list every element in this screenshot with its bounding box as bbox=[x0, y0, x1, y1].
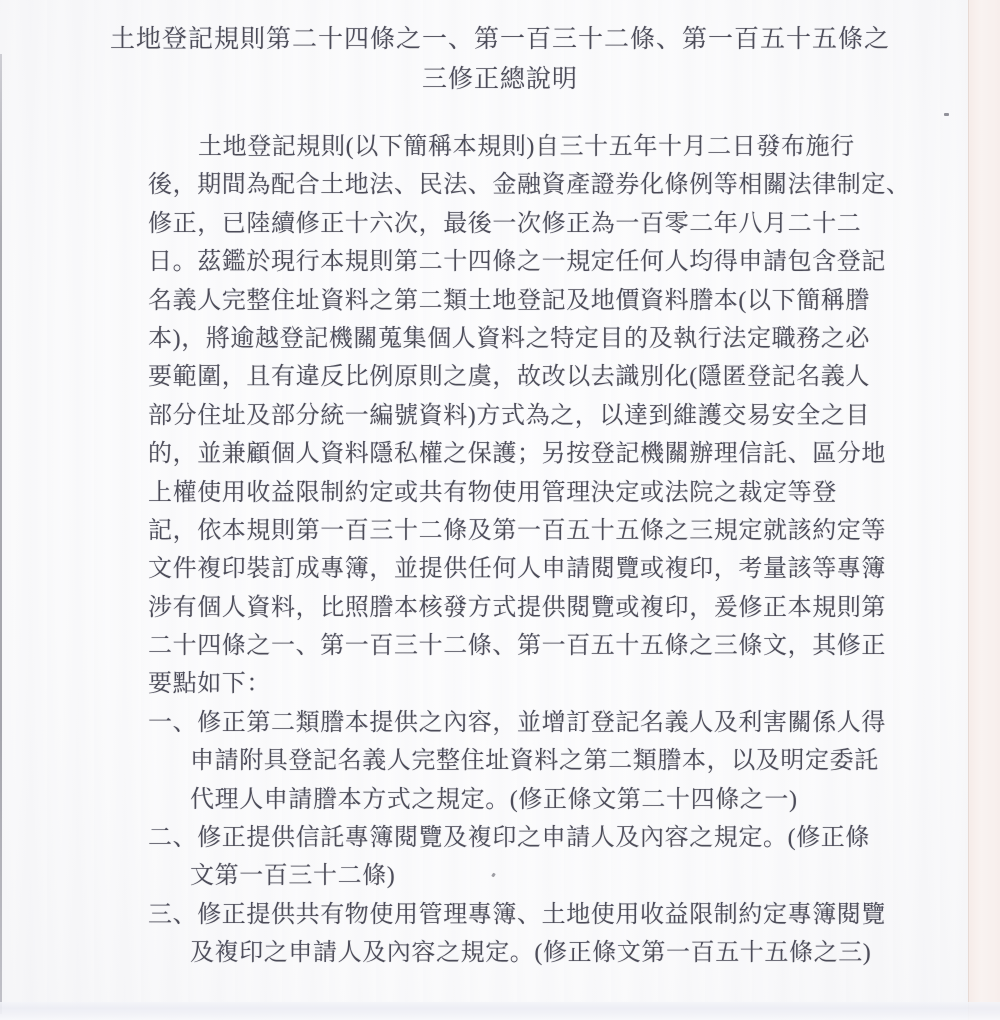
list-item-2-text: 修正提供信託專簿閱覽及複印之申請人及內容之規定。(修正條 bbox=[197, 825, 870, 851]
body-line: 要點如下： bbox=[148, 665, 918, 703]
scanned-page: 土地登記規則第二十四條之一、第一百三十二條、第一百五十五條之 三修正總說明 土地… bbox=[0, 0, 1000, 1020]
document-title: 土地登記規則第二十四條之一、第一百三十二條、第一百五十五條之 三修正總說明 bbox=[0, 20, 1000, 100]
body-line: 二十四條之一、第一百三十二條、第一百五十五條之三條文，其修正 bbox=[148, 627, 918, 665]
scan-speck bbox=[944, 113, 949, 116]
list-item-3-marker: 三、 bbox=[148, 902, 197, 928]
title-line-1: 土地登記規則第二十四條之一、第一百三十二條、第一百五十五條之 bbox=[0, 20, 1000, 60]
list-item-2-line-1: 二、修正提供信託專簿閱覽及複印之申請人及內容之規定。(修正條 bbox=[148, 819, 918, 857]
body-line: 日。茲鑑於現行本規則第二十四條之一規定任何人均得申請包含登記 bbox=[148, 243, 918, 281]
scan-edge-right-band bbox=[968, 0, 1000, 1020]
body-line: 涉有個人資料，比照謄本核發方式提供閱覽或複印，爰修正本規則第 bbox=[148, 589, 918, 627]
document-body: 土地登記規則(以下簡稱本規則)自三十五年十月二日發布施行 後，期間為配合土地法、… bbox=[148, 128, 918, 973]
body-line: 的，並兼顧個人資料隱私權之保護；另按登記機關辦理信託、區分地 bbox=[148, 435, 918, 473]
body-line: 後，期間為配合土地法、民法、金融資產證券化條例等相關法律制定、 bbox=[148, 166, 918, 204]
list-item-1-text: 修正第二類謄本提供之內容，並增訂登記名義人及利害關係人得 bbox=[197, 710, 886, 736]
title-line-2: 三修正總說明 bbox=[0, 60, 1000, 100]
body-line: 要範圍，且有違反比例原則之虞，故改以去識別化(隱匿登記名義人 bbox=[148, 358, 918, 396]
body-line: 土地登記規則(以下簡稱本規則)自三十五年十月二日發布施行 bbox=[148, 128, 918, 166]
body-line: 上權使用收益限制約定或共有物使用管理決定或法院之裁定等登 bbox=[148, 474, 918, 512]
body-line: 文件複印裝訂成專簿，並提供任何人申請閱覽或複印，考量該等專簿 bbox=[148, 550, 918, 588]
list-item-2-line-2: 文第一百三十二條) bbox=[190, 857, 918, 895]
list-item-2-marker: 二、 bbox=[148, 825, 197, 851]
list-item-1-line-2: 申請附具登記名義人完整住址資料之第二類謄本，以及明定委託 bbox=[190, 742, 918, 780]
list-item-1-line-1: 一、修正第二類謄本提供之內容，並增訂登記名義人及利害關係人得 bbox=[148, 704, 918, 742]
list-item-1-marker: 一、 bbox=[148, 710, 197, 736]
scan-edge-bottom-band bbox=[0, 1002, 1000, 1020]
body-line: 修正，已陸續修正十六次，最後一次修正為一百零二年八月二十二 bbox=[148, 205, 918, 243]
body-line: 本)，將逾越登記機關蒐集個人資料之特定目的及執行法定職務之必 bbox=[148, 320, 918, 358]
list-item-3-text: 修正提供共有物使用管理專簿、土地使用收益限制約定專簿閱覽 bbox=[197, 902, 886, 928]
body-line: 部分住址及部分統一編號資料)方式為之，以達到維護交易安全之目 bbox=[148, 397, 918, 435]
scan-edge-left-line bbox=[0, 54, 2, 1014]
list-item-1-line-3: 代理人申請謄本方式之規定。(修正條文第二十四條之一) bbox=[190, 781, 918, 819]
body-line: 名義人完整住址資料之第二類土地登記及地價資料謄本(以下簡稱謄 bbox=[148, 282, 918, 320]
list-item-3-line-1: 三、修正提供共有物使用管理專簿、土地使用收益限制約定專簿閱覽 bbox=[148, 896, 918, 934]
body-line: 記，依本規則第一百三十二條及第一百五十五條之三規定就該約定等 bbox=[148, 512, 918, 550]
list-item-3-line-2: 及複印之申請人及內容之規定。(修正條文第一百五十五條之三) bbox=[190, 934, 918, 972]
